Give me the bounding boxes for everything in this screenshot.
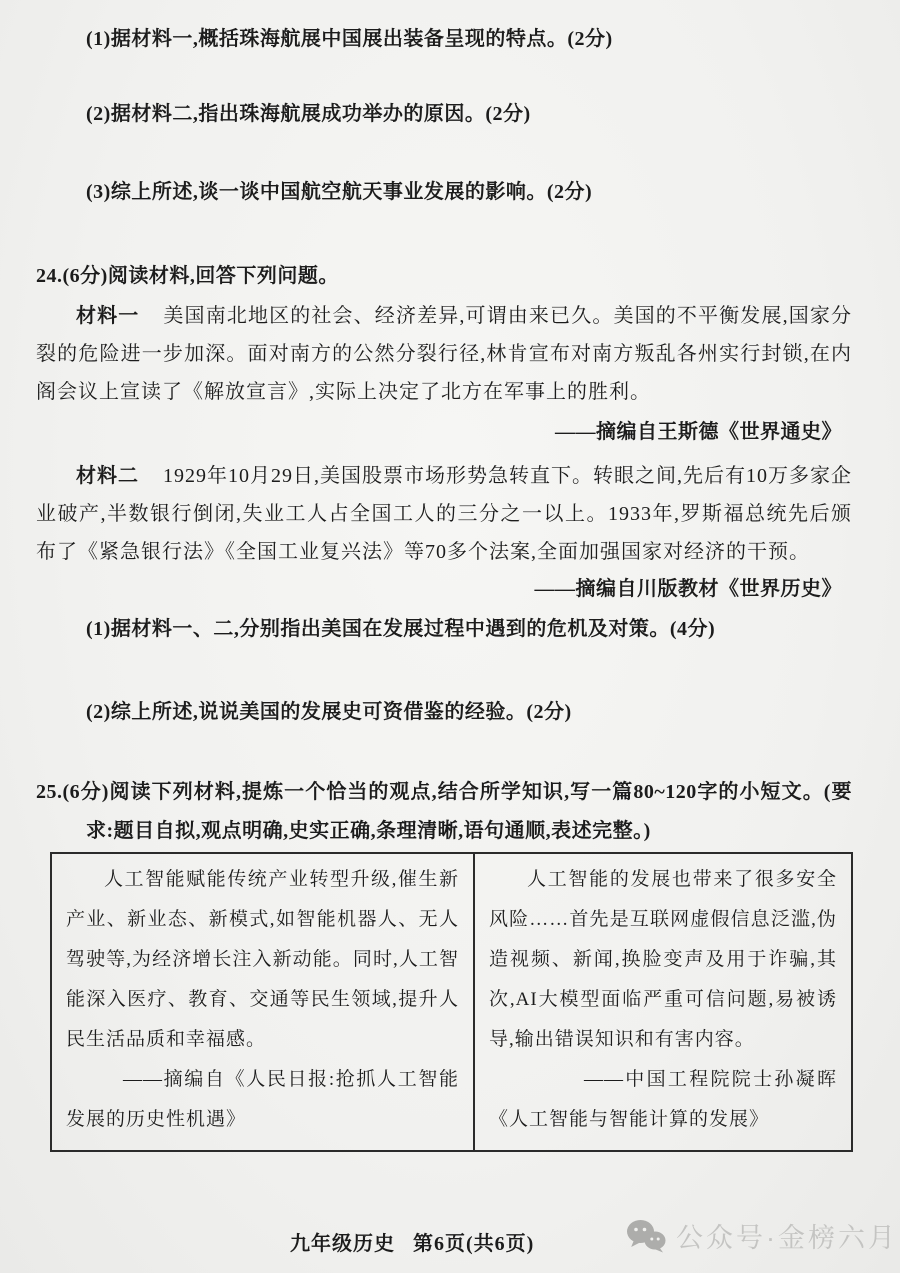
footer-page-number: 第6页(共6页) bbox=[413, 1233, 534, 1255]
watermark-text: 公众号·金榜六月 bbox=[676, 1216, 898, 1255]
q24-sub-question-2: (2)综上所述,说说美国的发展史可资借鉴的经验。(2分) bbox=[86, 698, 852, 726]
q23-sub-question-2: (2)据材料二,指出珠海航展成功举办的原因。(2分) bbox=[86, 100, 852, 128]
q25-left-cell-source: ——摘编自《人民日报:抢抓人工智能发展的历史性机遇》 bbox=[66, 1060, 459, 1140]
q25-right-cell: 人工智能的发展也带来了很多安全风险……首先是互联网虚假信息泛滥,伪造视频、新闻,… bbox=[474, 853, 852, 1151]
wechat-icon bbox=[626, 1219, 666, 1253]
q24-material-1-text: 美国南北地区的社会、经济差异,可谓由来已久。美国的不平衡发展,国家分裂的危险进一… bbox=[36, 305, 852, 403]
exam-content: (1)据材料一,概括珠海航展中国展出装备呈现的特点。(2分) (2)据材料二,指… bbox=[0, 0, 900, 1152]
q25-right-cell-source: ——中国工程院院士孙凝晖《人工智能与智能计算的发展》 bbox=[489, 1060, 837, 1140]
q25-material-table: 人工智能赋能传统产业转型升级,催生新产业、新业态、新模式,如智能机器人、无人驾驶… bbox=[50, 852, 853, 1152]
q24-sub-question-1: (1)据材料一、二,分别指出美国在发展过程中遇到的危机及对策。(4分) bbox=[86, 615, 852, 643]
q24-material-1-source: ——摘编自王斯德《世界通史》 bbox=[36, 418, 842, 446]
q25-right-cell-text: 人工智能的发展也带来了很多安全风险……首先是互联网虚假信息泛滥,伪造视频、新闻,… bbox=[489, 860, 837, 1060]
q24-material-2-text: 1929年10月29日,美国股票市场形势急转直下。转眼之间,先后有10万多家企业… bbox=[36, 465, 852, 563]
exam-page: (1)据材料一,概括珠海航展中国展出装备呈现的特点。(2分) (2)据材料二,指… bbox=[0, 0, 900, 1273]
q23-sub-question-3: (3)综上所述,谈一谈中国航空航天事业发展的影响。(2分) bbox=[86, 178, 852, 206]
footer-subject: 九年级历史 bbox=[290, 1233, 395, 1255]
q23-sub-question-1: (1)据材料一,概括珠海航展中国展出装备呈现的特点。(2分) bbox=[86, 25, 852, 53]
q24-material-1: 材料一美国南北地区的社会、经济差异,可谓由来已久。美国的不平衡发展,国家分裂的危… bbox=[36, 297, 852, 411]
publisher-watermark: 公众号·金榜六月 bbox=[626, 1216, 898, 1255]
q24-material-2: 材料二1929年10月29日,美国股票市场形势急转直下。转眼之间,先后有10万多… bbox=[36, 457, 852, 571]
q25-stem: 25.(6分)阅读下列材料,提炼一个恰当的观点,结合所学知识,写一篇80~120… bbox=[36, 773, 852, 851]
q25-left-cell: 人工智能赋能传统产业转型升级,催生新产业、新业态、新模式,如智能机器人、无人驾驶… bbox=[51, 853, 474, 1151]
table-row: 人工智能赋能传统产业转型升级,催生新产业、新业态、新模式,如智能机器人、无人驾驶… bbox=[51, 853, 852, 1151]
q24-stem: 24.(6分)阅读材料,回答下列问题。 bbox=[36, 262, 852, 290]
q24-material-1-label: 材料一 bbox=[76, 305, 139, 327]
q24-material-2-source: ——摘编自川版教材《世界历史》 bbox=[36, 575, 842, 603]
page-footer: 九年级历史第6页(共6页) bbox=[290, 1227, 534, 1256]
q25-left-cell-text: 人工智能赋能传统产业转型升级,催生新产业、新业态、新模式,如智能机器人、无人驾驶… bbox=[66, 860, 459, 1060]
q24-material-2-label: 材料二 bbox=[76, 465, 139, 487]
